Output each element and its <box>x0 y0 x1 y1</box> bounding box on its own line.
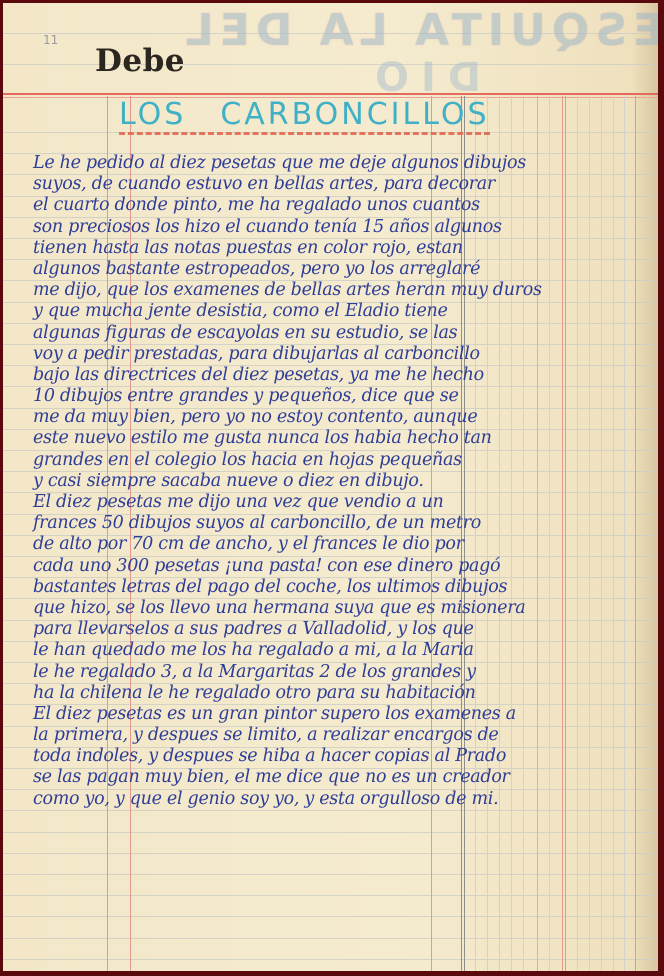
text-line: El diez pesetas es un gran pintor supero… <box>33 704 658 725</box>
page-heading: LOSCARBONCILLOS <box>119 99 490 135</box>
text-line: voy a pedir prestadas, para dibujarlas a… <box>33 344 658 365</box>
header-rule <box>3 93 658 95</box>
ruling-line <box>3 916 658 917</box>
text-line: el cuarto donde pinto, me ha regalado un… <box>33 195 658 216</box>
text-line: frances 50 dibujos suyos al carboncillo,… <box>33 513 658 534</box>
text-line: y casi siempre sacaba nueve o diez en di… <box>33 471 658 492</box>
text-line: le he regalado 3, a la Margaritas 2 de l… <box>33 662 658 683</box>
text-line: de alto por 70 cm de ancho, y el frances… <box>33 534 658 555</box>
text-line: bastantes letras del pago del coche, los… <box>33 577 658 598</box>
text-line: Le he pedido al diez pesetas que me deje… <box>33 153 658 174</box>
handwritten-body: Le he pedido al diez pesetas que me deje… <box>33 153 658 810</box>
text-line: son preciosos los hizo el cuando tenía 1… <box>33 217 658 238</box>
text-line: cada uno 300 pesetas ¡una pasta! con ese… <box>33 556 658 577</box>
text-line: algunos bastante estropeados, pero yo lo… <box>33 259 658 280</box>
ruling-line <box>3 895 658 896</box>
page-number: 11 <box>43 33 58 47</box>
text-line: me da muy bien, pero yo no estoy content… <box>33 407 658 428</box>
text-line: suyos, de cuando estuvo en bellas artes,… <box>33 174 658 195</box>
ruling-line <box>3 874 658 875</box>
text-line: bajo las directrices del diez pesetas, y… <box>33 365 658 386</box>
text-line: algunas figuras de escayolas en su estud… <box>33 323 658 344</box>
text-line: que hizo, se los llevo una hermana suya … <box>33 598 658 619</box>
ruling-line <box>3 938 658 939</box>
text-line: El diez pesetas me dijo una vez que vend… <box>33 492 658 513</box>
ruling-line <box>3 810 658 811</box>
text-line: y que mucha jente desistia, como el Elad… <box>33 301 658 322</box>
text-line: le han quedado me los ha regalado a mi, … <box>33 640 658 661</box>
ruling-line <box>3 832 658 833</box>
text-line: 10 dibujos entre grandes y pequeños, dic… <box>33 386 658 407</box>
text-line: la primera, y despues se limito, a reali… <box>33 725 658 746</box>
text-line: se las pagan muy bien, el me dice que no… <box>33 767 658 788</box>
ruling-line <box>3 959 658 960</box>
heading-word: CARBONCILLOS <box>220 97 489 132</box>
ruling-line <box>3 853 658 854</box>
text-line: grandes en el colegio los hacia en hojas… <box>33 450 658 471</box>
text-line: toda indoles, y despues se hiba a hacer … <box>33 746 658 767</box>
text-line: este nuevo estilo me gusta nunca los hab… <box>33 428 658 449</box>
heading-word: LOS <box>119 97 186 132</box>
text-line: para llevarselos a sus padres a Valladol… <box>33 619 658 640</box>
text-line: como yo, y que el genio soy yo, y esta o… <box>33 789 658 810</box>
ledger-page: ESQUITA LA DEL DIO 11 Debe LOSCARBONCILL… <box>3 3 658 971</box>
text-line: ha la chilena le he regalado otro para s… <box>33 683 658 704</box>
text-line: me dijo, que los examenes de bellas arte… <box>33 280 658 301</box>
ledger-label: Debe <box>95 43 185 79</box>
text-line: tienen hasta las notas puestas en color … <box>33 238 658 259</box>
